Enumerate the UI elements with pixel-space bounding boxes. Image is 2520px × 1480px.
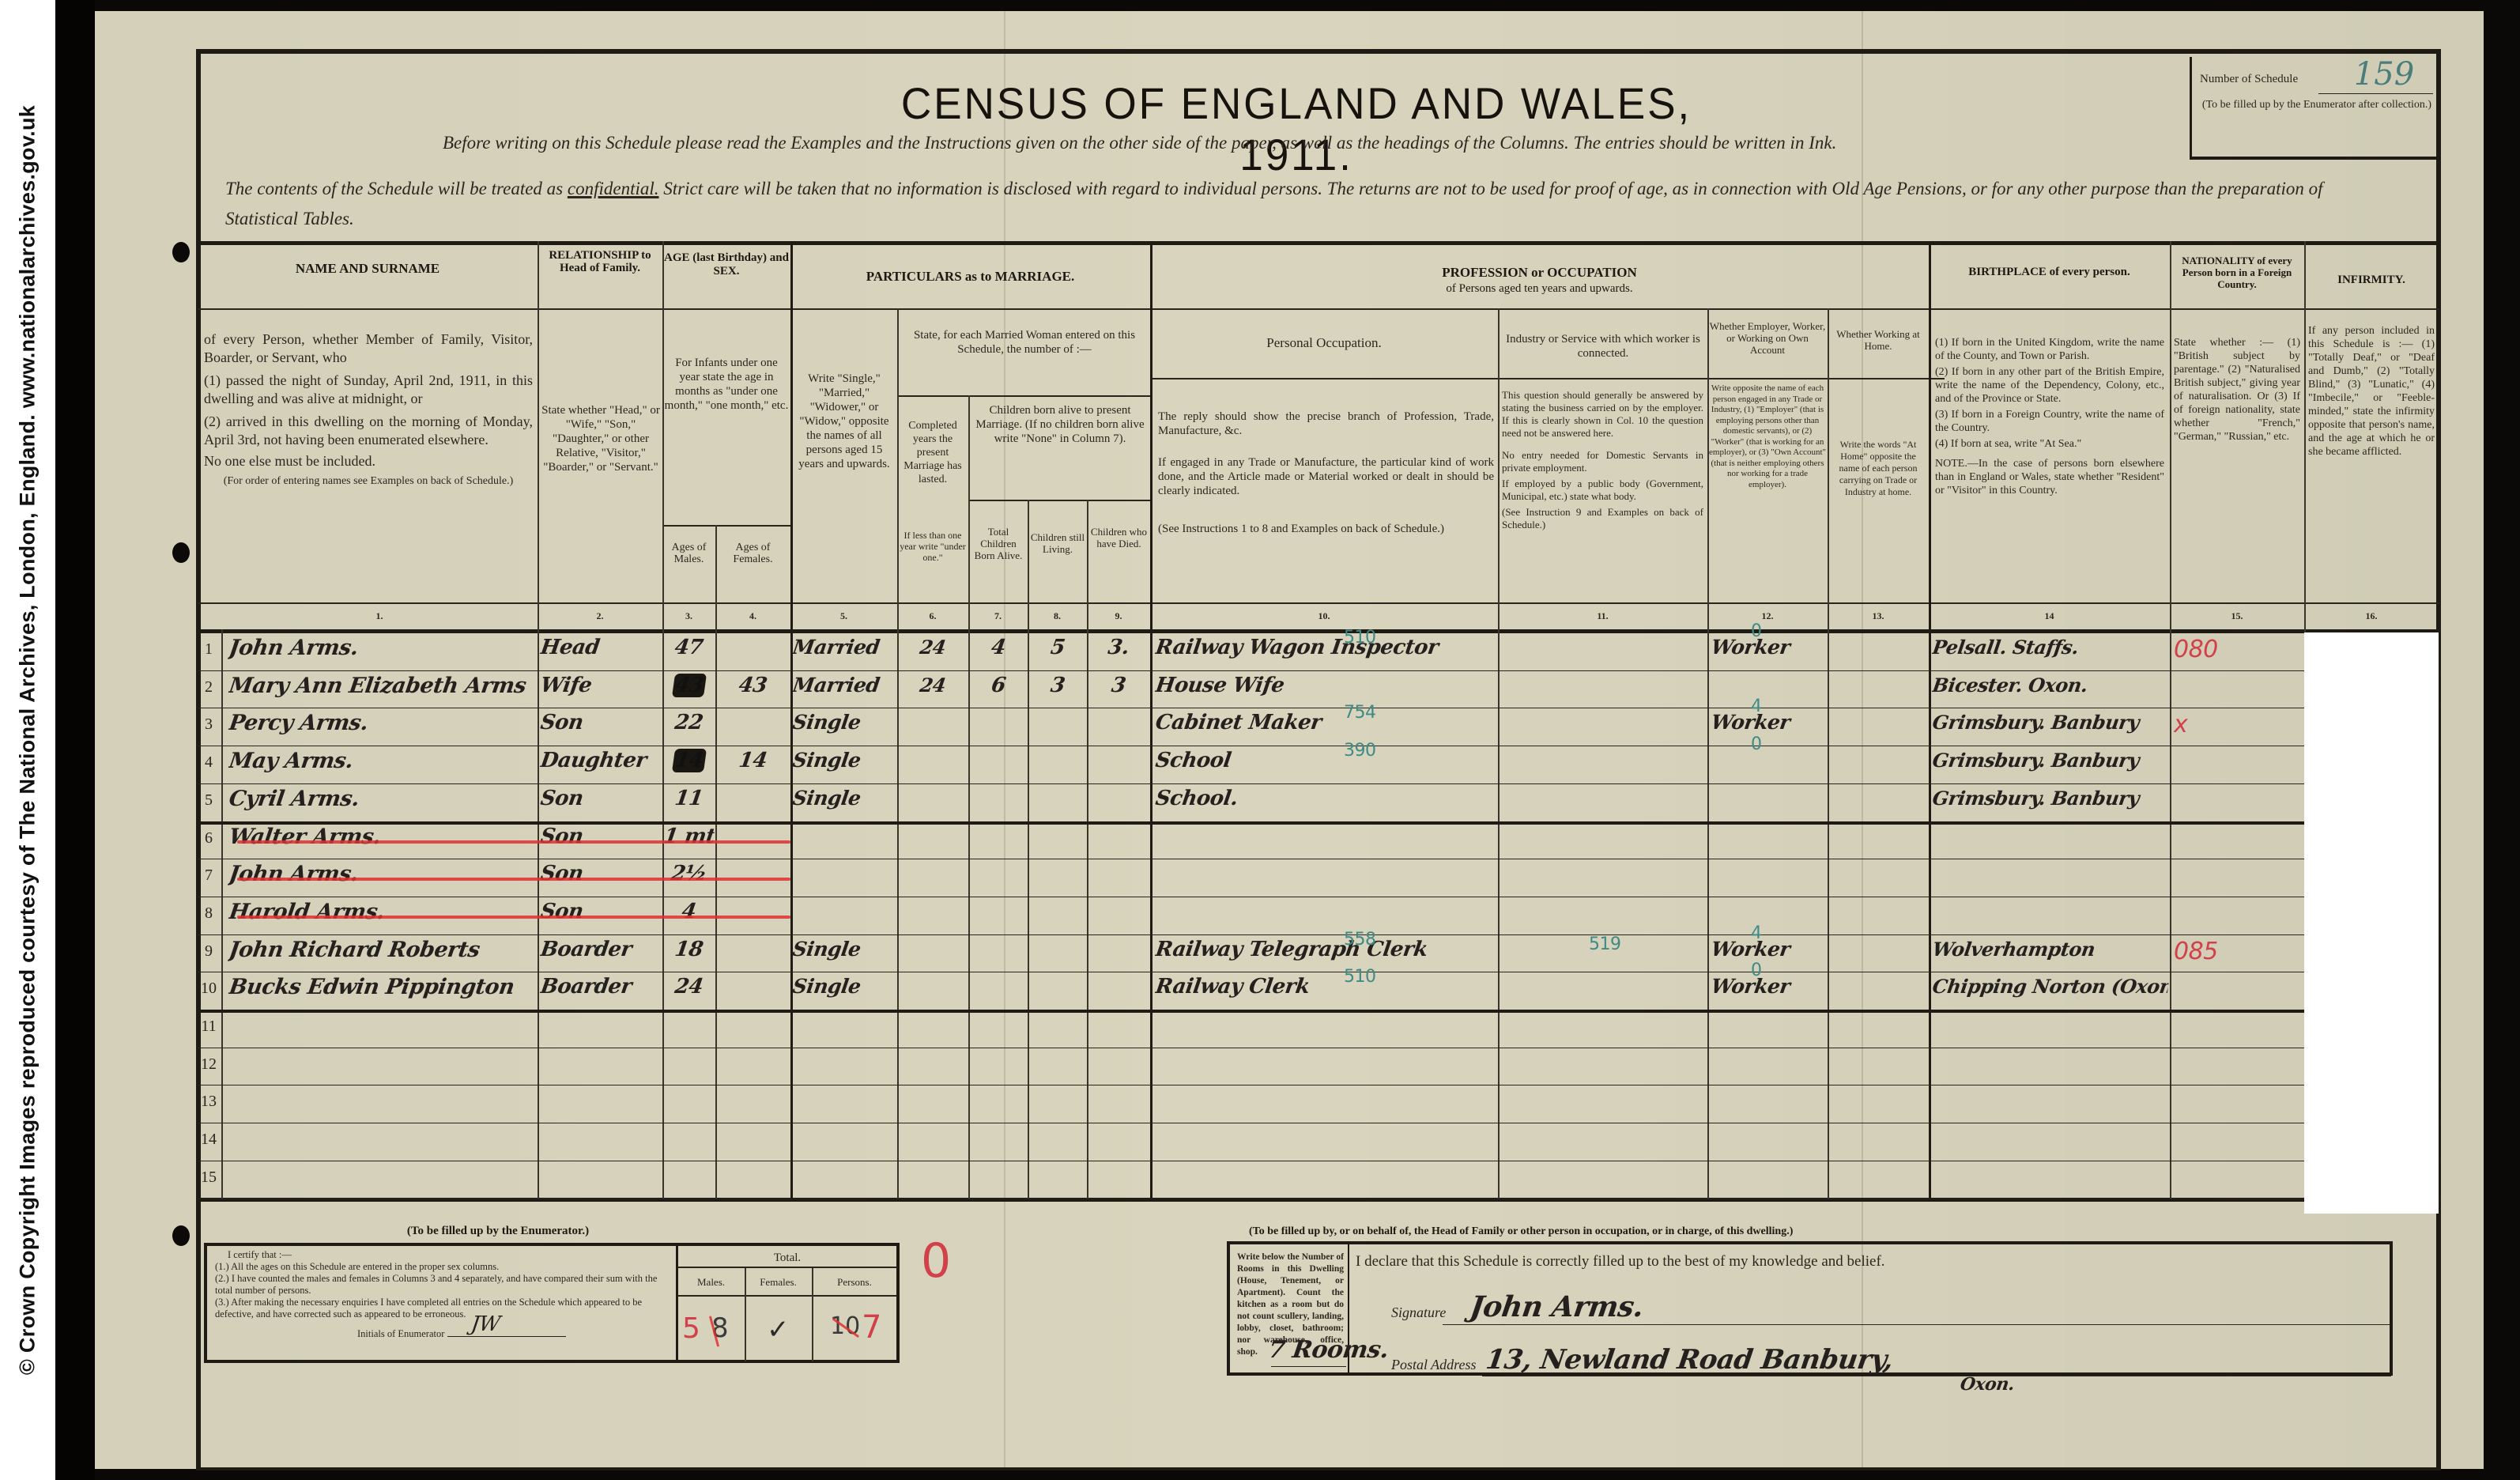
colnum-12: 12. [1707,610,1828,622]
desc-children: Children born alive to present Marriage.… [971,403,1149,446]
colnum-9: 9. [1087,610,1150,622]
certify-item-3: (3.) After making the necessary enquirie… [215,1297,672,1320]
rooms-line [1271,1366,1346,1367]
colnum-2: 2. [538,610,662,622]
cell-name[interactable]: Harold Arms. [228,900,538,924]
desc-name-intro: of every Person, whether Member of Famil… [204,330,533,367]
desc-personal-occupation: The reply should show the precise branch… [1158,410,1494,536]
heading-industry: Industry or Service with which worker is… [1500,332,1706,361]
desc-years: Completed years the present Marriage has… [899,419,967,486]
cell-years[interactable]: 24 [897,636,968,659]
heading-rule [198,308,2439,310]
heading-home: Whether Working at Home. [1829,328,1927,352]
schedule-number-box: Number of Schedule 159 (To be filled up … [2190,57,2439,160]
row-rule [198,783,2439,784]
desc-condition: Write "Single," "Married," "Widower," or… [793,372,896,471]
cell-name[interactable]: Percy Arms. [228,711,538,735]
row-rule [198,1010,2439,1013]
cell-cond[interactable]: Married [791,674,897,697]
cell-nat[interactable]: x [2174,711,2300,738]
row-number: 5 [198,791,220,810]
col-divider [1498,308,1500,1199]
colnum-10: 10. [1150,610,1498,622]
desc-birthplace-2: (2) If born in any other part of the Bri… [1935,365,2164,406]
row-rule [198,670,2439,671]
heading-marriage: PARTICULARS as to MARRIAGE. [790,269,1150,284]
cell-name[interactable]: Walter Arms. [228,825,538,849]
colnum-7: 7. [968,610,1028,622]
desc-industry-4: (See Instruction 9 and Examples on back … [1502,506,1703,531]
cell-rel[interactable]: Daughter [539,749,662,772]
cell-birth[interactable]: Wolverhampton [1931,938,2170,961]
cell-male[interactable]: 2½ [662,862,715,885]
cell-rel[interactable]: Son [539,825,662,848]
cell-rel[interactable]: Head [539,636,662,659]
red-strikethrough [237,840,790,844]
postal-address-label: Postal Address [1391,1357,1477,1373]
initials-field[interactable]: JW [447,1336,566,1337]
code-annotation-emp: 0 [1751,734,1762,754]
desc-industry: This question should generally be answer… [1502,389,1703,531]
desc-employer: Write opposite the name of each person e… [1709,383,1826,490]
code-annotation-occ: 510 [1344,628,1376,647]
desc-have-died: Children who have Died. [1088,526,1150,549]
desc-age-females: Ages of Females. [715,542,790,565]
code-annotation-emp: 4 [1751,697,1762,716]
page-title: CENSUS OF ENGLAND AND WALES, 1911. [846,77,1747,180]
cell-male[interactable]: 1 mth [662,825,715,848]
red-strikethrough [237,916,790,919]
colnum-3: 3. [662,610,715,622]
cell-emp[interactable]: Worker [1710,975,1828,998]
cell-rel[interactable]: Wife [539,674,662,697]
desc-name: of every Person, whether Member of Famil… [204,330,533,488]
row-rule [198,934,2439,935]
desc-industry-1: This question should generally be answer… [1502,389,1703,440]
desc-industry-3: If employed by a public body (Government… [1502,478,1703,503]
colnum-6: 6. [897,610,968,622]
total-males-value[interactable]: 5 [682,1312,700,1345]
cell-name[interactable]: John Arms. [228,862,538,886]
total-females-label: Females. [745,1274,812,1289]
enumerator-section-title: (To be filled up by the Enumerator.) [198,1224,798,1239]
postal-address-value[interactable]: 13, Newland Road Banbury, [1484,1344,1895,1376]
colnum-4: 4. [715,610,790,622]
heading-personal-occupation: Personal Occupation. [1150,336,1498,350]
cell-nat[interactable]: 080 [2174,636,2300,663]
punch-hole [172,1225,190,1246]
cell-occ[interactable]: House Wife [1154,674,1497,697]
cell-cond[interactable]: Single [791,749,897,772]
cell-rel[interactable]: Boarder [539,975,662,999]
total-persons-label: Persons. [812,1274,897,1289]
heading-age: AGE (last Birthday) and SEX. [662,251,790,278]
row-rule [198,859,2439,859]
red-annotation-zero: 0 [921,1233,951,1289]
total-divider [812,1268,813,1361]
cell-male[interactable]: 18 [662,938,715,961]
desc-birthplace-1: (1) If born in the United Kingdom, write… [1935,336,2164,363]
enumerator-certificate: I certify that :— (1.) All the ages on t… [215,1249,672,1340]
cell-died[interactable]: 3 [1087,674,1150,697]
cell-name[interactable]: John Richard Roberts [228,938,538,962]
row-number: 11 [198,1017,220,1036]
row-rule [198,708,2439,708]
desc-name-4: (For order of entering names see Example… [204,475,533,488]
colnum-13: 13. [1828,610,1929,622]
desc-industry-2: No entry needed for Domestic Servants in… [1502,449,1703,474]
desc-name-1: (1) passed the night of Sunday, April 2n… [204,372,533,408]
cell-occ[interactable]: Railway Clerk [1154,975,1497,999]
col-divider [1929,241,1931,1199]
schedule-number-note: (To be filled up by the Enumerator after… [2200,98,2434,111]
colnum-11: 11. [1498,610,1707,622]
row-number: 8 [198,904,220,923]
heading-infirmity: INFIRMITY. [2304,273,2439,288]
cell-birth[interactable]: Grimsbury. Banbury [1931,787,2170,810]
cell-occ[interactable]: Railway Telegraph Clerk [1154,938,1497,961]
row-rule [198,1048,2439,1048]
cell-male[interactable]: 4 [662,900,715,923]
children-rule [968,500,1150,501]
desc-birthplace-3: (3) If born in a Foreign Country, write … [1935,408,2164,435]
cell-emp[interactable]: Worker [1710,636,1828,659]
cell-rel[interactable]: Son [539,900,662,923]
subheading-occupation: of Persons aged ten years and upwards. [1150,281,1929,296]
row-number: 10 [198,980,220,998]
cell-male[interactable]: 47 [662,636,715,659]
desc-years-note: If less than one year write "under one." [899,530,967,563]
colnum-8: 8. [1028,610,1087,622]
cell-name[interactable]: Cyril Arms. [228,787,538,811]
cell-occ[interactable]: Cabinet Maker [1154,711,1497,734]
col-divider [715,525,717,1199]
desc-relationship: State whether "Head," or "Wife," "Son," … [541,403,661,474]
row-number-divider [221,629,223,1199]
married-woman-rule [897,395,1150,397]
head-section-title: (To be filled up by, or on behalf of, th… [1249,1224,2435,1239]
description-rule [198,602,2439,604]
total-females-value[interactable]: ✓ [767,1314,790,1346]
code-annotation-emp: 0 [1751,961,1762,980]
code-annotation-industry: 519 [1589,934,1621,954]
desc-born-alive: Total Children Born Alive. [969,526,1028,561]
heading-nationality: NATIONALITY of every Person born in a Fo… [2170,255,2304,290]
cell-occ[interactable]: School. [1154,787,1497,810]
cell-died[interactable]: 3. [1087,636,1150,659]
row-rule [198,1085,2439,1085]
desc-birthplace-4: (4) If born at sea, write "At Sea." [1935,437,2164,451]
certify-item-1: (1.) All the ages on this Schedule are e… [215,1261,672,1273]
row-rule [198,1123,2439,1123]
cell-female[interactable]: 14 [715,749,790,772]
row-number: 3 [198,715,220,734]
scan-border-left [55,0,95,1480]
cell-birth[interactable]: Bicester. Oxon. [1931,674,2170,697]
cell-born[interactable]: 4 [968,636,1028,659]
code-annotation-emp: 4 [1751,923,1762,943]
signature-label: Signature [1391,1304,1446,1321]
row-rule [198,1199,2439,1199]
row-number: 7 [198,866,220,885]
cell-years[interactable]: 24 [897,674,968,697]
desc-name-3: No one else must be included. [204,452,533,470]
desc-birthplace-note: NOTE.—In the case of persons born elsewh… [1935,457,2164,497]
desc-nationality: State whether :— (1) "British subject by… [2174,336,2300,444]
total-persons-value[interactable]: 7 [862,1309,881,1346]
copyright-text: © Crown Copyright Images reproduced cour… [16,105,40,1375]
code-annotation-occ: 754 [1344,703,1376,723]
rooms-value[interactable]: 7 Rooms. [1267,1336,1390,1364]
heading-name: NAME AND SURNAME [198,261,538,276]
colnum-1: 1. [221,610,538,622]
cell-male[interactable]: 24 [662,975,715,999]
total-males-struck: 8 [711,1312,729,1344]
cell-male[interactable]: 43 [672,674,707,697]
col-divider [1150,241,1152,1199]
cell-cond[interactable]: Single [791,711,897,734]
total-rule [677,1267,897,1268]
row-number: 9 [198,942,220,961]
cell-rel[interactable]: Son [539,787,662,810]
initials-value: JW [470,1319,500,1331]
age-sex-rule [662,525,790,527]
header-top-rule [198,241,2439,245]
colnum-15: 15. [2170,610,2304,622]
cell-cond[interactable]: Single [791,938,897,961]
row-number: 15 [198,1169,220,1187]
column-number-rule [198,629,2439,633]
cell-name[interactable]: May Arms. [228,749,538,773]
row-rule [198,897,2439,897]
punch-hole [172,242,190,262]
cell-name[interactable]: Bucks Edwin Pippington [228,975,538,999]
cell-female[interactable]: 43 [715,674,790,697]
code-annotation-emp: 0 [1751,621,1762,641]
redacted-infirmity-area [2304,632,2439,1214]
col-divider [1028,500,1029,1199]
cell-name[interactable]: John Arms. [228,636,538,660]
col-divider [2170,241,2171,1199]
cell-cond[interactable]: Single [791,787,897,810]
desc-birthplace: (1) If born in the United Kingdom, write… [1935,336,2164,497]
copyright-strip: © Crown Copyright Images reproduced cour… [0,0,55,1480]
initials-label: Initials of Enumerator [357,1328,444,1339]
desc-personal-2: If engaged in any Trade or Manufacture, … [1158,455,1494,498]
address-line [1482,1376,2391,1376]
heading-birthplace: BIRTHPLACE of every person. [1929,265,2170,280]
cell-birth[interactable]: Pelsall. Staffs. [1931,636,2170,659]
row-rule [198,821,2439,825]
cell-emp[interactable]: Worker [1710,938,1828,961]
desc-infirmity: If any person included in this Schedule … [2308,324,2435,459]
signature-line [1443,1324,2391,1325]
certify-label: I certify that :— [215,1249,672,1261]
total-rule-2 [677,1295,897,1297]
cell-birth[interactable]: Grimsbury. Banbury [1931,749,2170,772]
desc-married-woman: State, for each Married Woman entered on… [901,328,1148,357]
total-label: Total. [677,1251,897,1266]
cell-occ[interactable]: Railway Wagon Inspector [1154,636,1497,659]
certify-item-2: (2.) I have counted the males and female… [215,1273,672,1297]
cell-male[interactable]: 14 [672,749,707,772]
desc-personal-1: The reply should show the precise branch… [1158,410,1494,438]
row-number: 12 [198,1055,220,1074]
row-rule [198,746,2439,746]
punch-hole [172,542,190,563]
cell-emp[interactable]: Worker [1710,711,1828,734]
desc-age-males: Ages of Males. [662,542,715,565]
desc-still-living: Children still Living. [1028,531,1087,555]
cell-male[interactable]: 22 [662,711,715,734]
cell-rel[interactable]: Son [539,862,662,885]
colnum-14: 14 [1929,610,2170,622]
cell-occ[interactable]: School [1154,749,1497,772]
heading-employer: Whether Employer, Worker, or Working on … [1709,320,1826,356]
initials-row: Initials of Enumerator JW [215,1328,672,1340]
col-divider [538,241,539,1199]
confidential-word: confidential. [568,179,659,198]
cell-rel[interactable]: Son [539,711,662,734]
ink-instruction: Before writing on this Schedule please r… [443,133,2182,153]
red-strikethrough [237,878,790,881]
row-rule [198,972,2439,972]
code-annotation-occ: 558 [1344,930,1376,950]
cell-living[interactable]: 3 [1028,674,1088,697]
schedule-number-value[interactable]: 159 [2348,68,2420,81]
code-annotation-occ: 510 [1344,967,1376,987]
row-rule [198,1161,2439,1161]
row-number: 2 [198,678,220,697]
postal-address-line2[interactable]: Oxon. [1959,1374,2016,1395]
confidentiality-notice: The contents of the Schedule will be tre… [225,174,2391,234]
col-divider [1087,500,1088,1199]
cell-born[interactable]: 6 [968,674,1028,697]
desc-personal-3: (See Instructions 1 to 8 and Examples on… [1158,522,1494,536]
total-persons-struck: 10 [830,1312,860,1340]
cell-male[interactable]: 11 [662,787,715,810]
col-divider [968,395,970,1199]
row-number: 6 [198,829,220,848]
row-number: 13 [198,1093,220,1111]
row-number: 1 [198,640,220,659]
occupation-sub-rule [1150,378,1945,379]
cell-cond[interactable]: Married [791,636,897,659]
code-annotation-occ: 390 [1344,741,1376,761]
schedule-number-line [2318,93,2433,94]
signature-value[interactable]: John Arms. [1468,1290,1646,1323]
colnum-5: 5. [790,610,897,622]
desc-home: Write the words "At Home" opposite the n… [1829,439,1927,498]
cell-birth[interactable]: Grimsbury. Banbury [1931,711,2170,734]
cell-living[interactable]: 5 [1028,636,1088,659]
colnum-16: 16. [2304,610,2439,622]
cell-nat[interactable]: 085 [2174,938,2300,965]
desc-name-2: (2) arrived in this dwelling on the morn… [204,413,533,449]
desc-age: For Infants under one year state the age… [664,356,789,413]
total-males-label: Males. [677,1274,745,1289]
row-number: 14 [198,1131,220,1149]
cell-birth[interactable]: Chipping Norton (Oxon) [1931,975,2170,998]
cell-name[interactable]: Mary Ann Elizabeth Arms [228,674,538,698]
cell-cond[interactable]: Single [791,975,897,998]
row-number: 4 [198,753,220,772]
cell-rel[interactable]: Boarder [539,938,662,961]
confidential-prefix: The contents of the Schedule will be tre… [225,179,563,198]
declaration-text: I declare that this Schedule is correctl… [1356,1253,2383,1270]
heading-occupation: PROFESSION or OCCUPATION [1150,265,1929,280]
schedule-number-label: Number of Schedule [2200,73,2298,86]
total-divider [745,1268,746,1361]
heading-relationship: RELATIONSHIP to Head of Family. [538,249,662,274]
